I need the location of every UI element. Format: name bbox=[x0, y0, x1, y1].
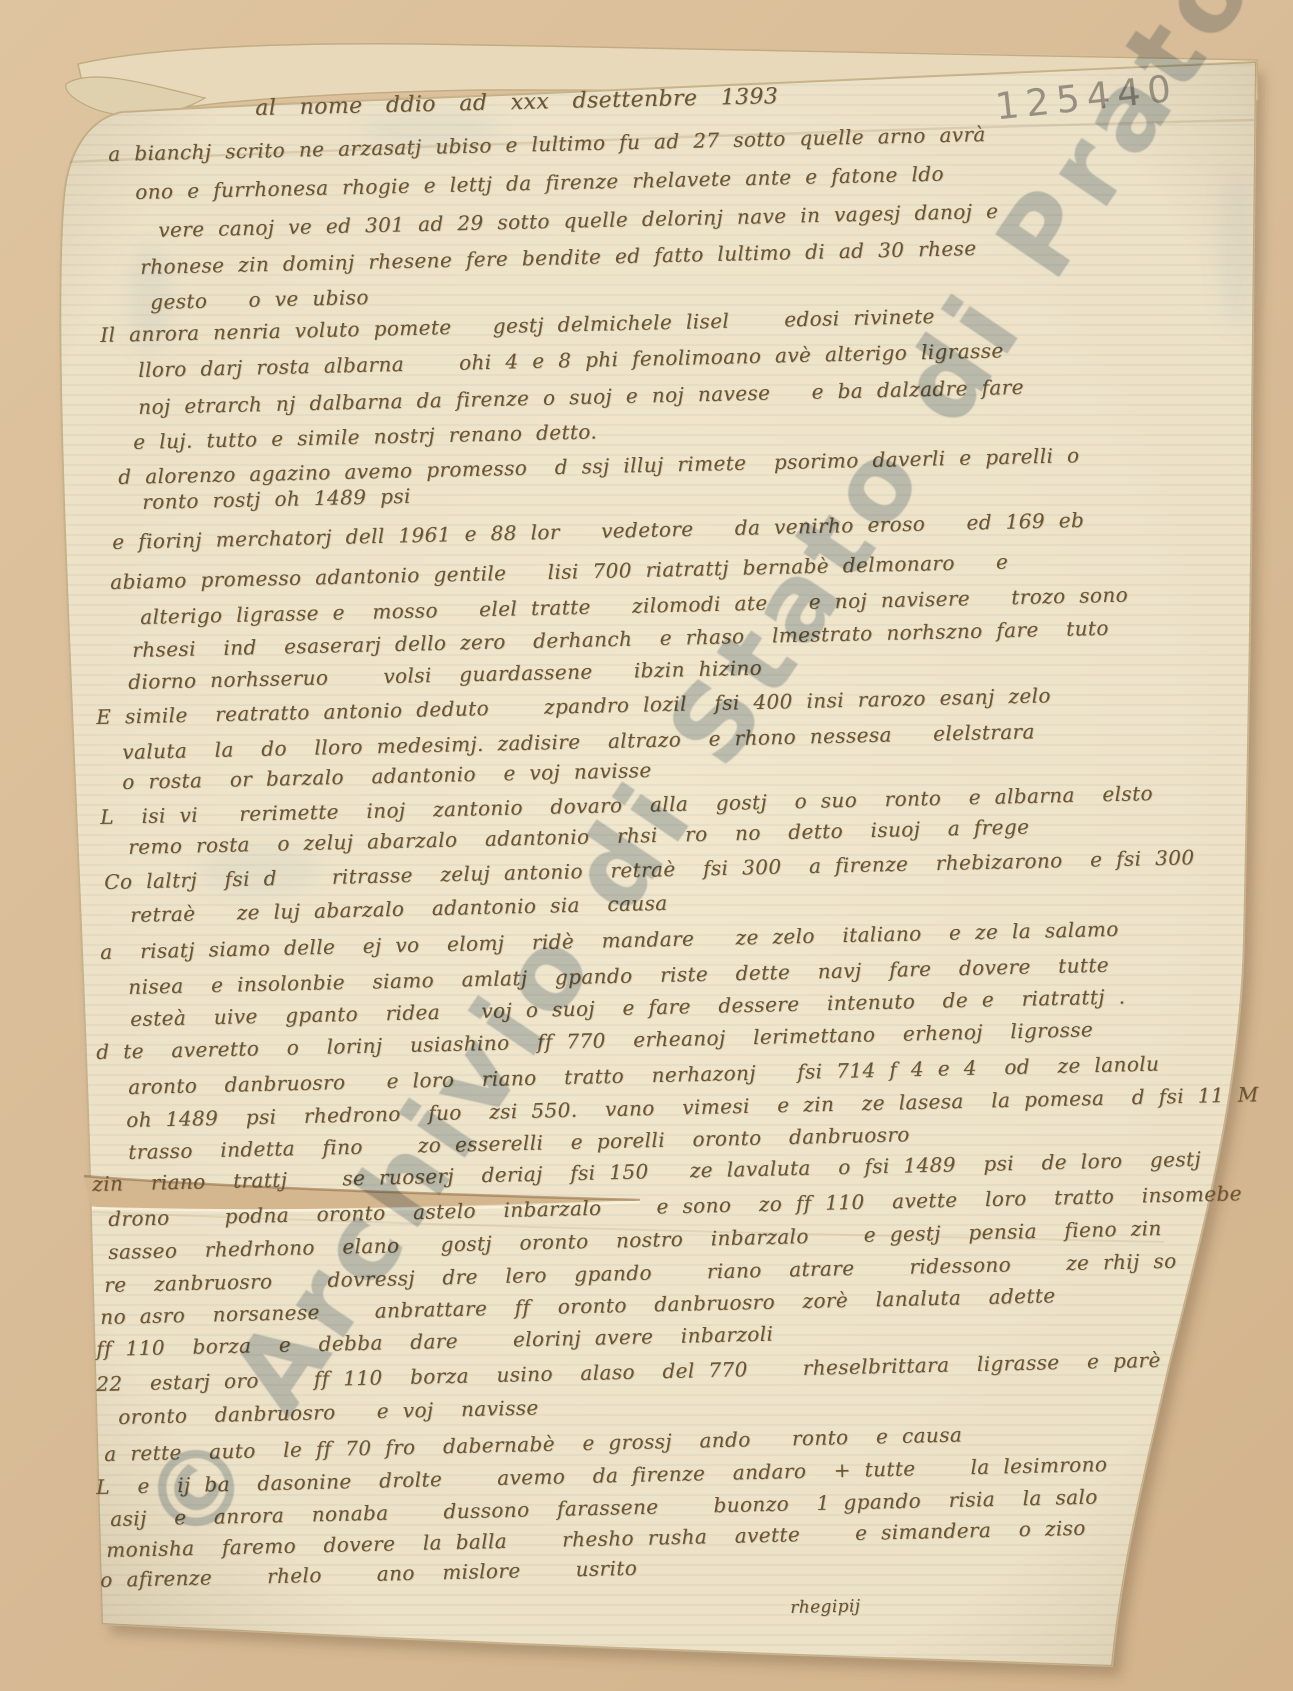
manuscript-line: ff 110 borza e debba dare elorinj avere … bbox=[96, 1322, 774, 1361]
manuscript-line: e luj. tutto e simile nostrj renano dett… bbox=[133, 419, 597, 454]
manuscript-line: o rosta or barzalo adantonio e voj navis… bbox=[122, 758, 652, 794]
manuscript-line: rhegipij bbox=[790, 1596, 861, 1618]
manuscript-line: gesto o ve ubiso bbox=[150, 285, 369, 314]
manuscript-line: vere canoj ve ed 301 ad 29 sotto quelle … bbox=[158, 199, 999, 242]
manuscript-line: ronto rostj oh 1489 psi bbox=[142, 484, 411, 514]
manuscript-line: rhonese zin dominj rhesene fere bendite … bbox=[140, 236, 977, 279]
manuscript-line: e fiorinj merchatorj dell 1961 e 88 lor … bbox=[112, 508, 1084, 554]
manuscript-line: valuta la do lloro medesimj. zadisire al… bbox=[122, 719, 1035, 764]
manuscript-scan: 125440 al nome ddio ad xxx dsettenbre 13… bbox=[0, 0, 1293, 1691]
manuscript-line: al nome ddio ad xxx dsettenbre 1393 bbox=[255, 84, 779, 121]
manuscript-line: a bianchj scrito ne arzasatj ubiso e lul… bbox=[108, 122, 986, 166]
manuscript-line: ono e furrhonesa rhogie e lettj da firen… bbox=[135, 162, 944, 204]
manuscript-line: o afirenze rhelo ano mislore usrito bbox=[100, 1556, 637, 1592]
